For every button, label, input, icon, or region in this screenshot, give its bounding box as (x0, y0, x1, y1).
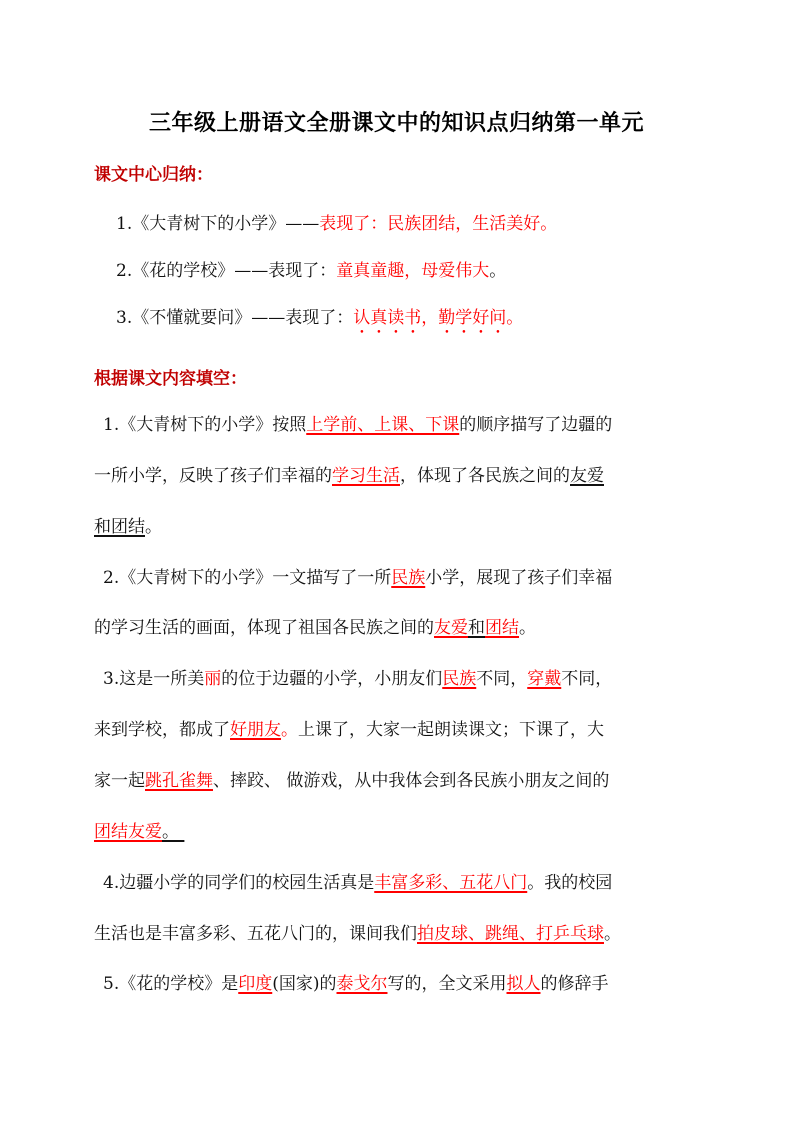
summary-answer-emphasized: 认真读书，勤学好问。 (353, 308, 523, 328)
answer-blank: 民族 (442, 669, 476, 689)
text: 不同， (476, 669, 527, 689)
paragraph-1-line-2: 一所小学，反映了孩子们幸福的学习生活，体现了各民族之间的友爱 (94, 464, 604, 488)
text: 写的，全文采用 (388, 974, 507, 994)
paragraph-3-line-1: 3.这是一所美丽的位于边疆的小学，小朋友们民族不同，穿戴不同， (103, 667, 612, 691)
paragraph-3-line-3: 家一起跳孔雀舞、摔跤、 做游戏，从中我体会到各民族小朋友之间的 (94, 769, 609, 793)
page-title: 三年级上册语文全册课文中的知识点归纳第一单元 (0, 106, 793, 137)
dash: ——表现了： (234, 261, 336, 281)
answer-blank: 团结友爱 (94, 822, 162, 842)
text: 3.这是一所美 (103, 669, 204, 689)
answer-blank: 跳孔雀舞 (145, 771, 213, 791)
text: 的修辞手 (541, 974, 609, 994)
paragraph-3-line-2: 来到学校，都成了好朋友。上课了，大家一起朗读课文；下课了，大 (94, 718, 604, 742)
text: 的学习生活的画面，体现了祖国各民族之间的 (94, 618, 434, 638)
document-page: 三年级上册语文全册课文中的知识点归纳第一单元 课文中心归纳： 1.《大青树下的小… (0, 0, 793, 1122)
answer-blank: 拍皮球、跳绳、打乒乓球 (417, 924, 604, 944)
text: 、摔跤、 做游戏，从中我体会到各民族小朋友之间的 (213, 771, 609, 791)
item-number: 3. (116, 308, 132, 328)
summary-item-1: 1.《大青树下的小学》——表现了：民族团结，生活美好。 (116, 212, 557, 236)
text: 。 (281, 720, 298, 740)
paragraph-1-line-1: 1.《大青树下的小学》按照上学前、上课、下课的顺序描写了边疆的 (103, 413, 612, 437)
summary-item-2: 2.《花的学校》——表现了：童真童趣，母爱伟大。 (116, 259, 506, 283)
text: 来到学校，都成了 (94, 720, 230, 740)
paragraph-2-line-1: 2.《大青树下的小学》一文描写了一所民族小学，展现了孩子们幸福 (103, 566, 612, 590)
text-underlined: 。 (162, 822, 184, 842)
book-title: 《花的学校》 (132, 261, 234, 281)
text: 小学，展现了孩子们幸福 (425, 568, 612, 588)
text: 。 (519, 618, 536, 638)
answer-blank: 丰富多彩、五花八门 (374, 873, 527, 893)
summary-item-3: 3.《不懂就要问》——表现了：认真读书，勤学好问。 (116, 306, 523, 338)
answer-blank: 上学前、上课、下课 (306, 415, 459, 435)
text: ，体现了各民族之间的 (400, 466, 570, 486)
section-heading-fill-blanks: 根据课文内容填空： (94, 364, 247, 389)
answer-blank: 友爱 (434, 618, 468, 638)
text: 。 (145, 517, 162, 537)
answer-blank: 民族 (391, 568, 425, 588)
paragraph-2-line-2: 的学习生活的画面，体现了祖国各民族之间的友爱和团结。 (94, 616, 536, 640)
text: 上课了，大家一起朗读课文；下课了，大 (298, 720, 604, 740)
text: 。 (604, 924, 621, 944)
text: 1.《大青树下的小学》按照 (103, 415, 306, 435)
text: (国家)的 (272, 974, 336, 994)
answer-blank: 拟人 (507, 974, 541, 994)
book-title: 《不懂就要问》 (132, 308, 251, 328)
paragraph-4-line-2: 生活也是丰富多彩、五花八门的，课间我们拍皮球、跳绳、打乒乓球。 (94, 922, 621, 946)
answer-blank-black: 和团结 (94, 517, 145, 537)
answer-blank: 团结 (485, 618, 519, 638)
answer-blank: 好朋友 (230, 720, 281, 740)
paragraph-1-line-3: 和团结。 (94, 515, 162, 539)
paragraph-5-line-1: 5.《花的学校》是印度(国家)的泰戈尔写的，全文采用拟人的修辞手 (103, 972, 609, 996)
answer-blank: 穿戴 (527, 669, 561, 689)
answer-char: 丽 (204, 669, 221, 689)
summary-answer: 表现了：民族团结，生活美好。 (319, 214, 557, 234)
text-underlined: 和 (468, 618, 485, 638)
text: 生活也是丰富多彩、五花八门的，课间我们 (94, 924, 417, 944)
item-number: 2. (116, 261, 132, 281)
text: 不同， (561, 669, 612, 689)
text: 4.边疆小学的同学们的校园生活真是 (103, 873, 374, 893)
period: 。 (489, 261, 506, 281)
text: 5.《花的学校》是 (103, 974, 238, 994)
book-title: 《大青树下的小学》 (132, 214, 285, 234)
paragraph-3-line-4: 团结友爱。 (94, 820, 184, 844)
section-heading-summary: 课文中心归纳： (94, 160, 213, 185)
dash: ——表现了： (251, 308, 353, 328)
answer-blank-black: 友爱 (570, 466, 604, 486)
answer-blank: 学习生活 (332, 466, 400, 486)
text: 家一起 (94, 771, 145, 791)
text: 的顺序描写了边疆的 (459, 415, 612, 435)
paragraph-4-line-1: 4.边疆小学的同学们的校园生活真是丰富多彩、五花八门。我的校园 (103, 871, 612, 895)
dash: —— (285, 214, 319, 234)
summary-answer: 童真童趣，母爱伟大 (336, 261, 489, 281)
text: 。我的校园 (527, 873, 612, 893)
answer-blank: 印度 (238, 974, 272, 994)
text: 一所小学，反映了孩子们幸福的 (94, 466, 332, 486)
text: 2.《大青树下的小学》一文描写了一所 (103, 568, 391, 588)
answer-blank: 泰戈尔 (337, 974, 388, 994)
text: 的位于边疆的小学，小朋友们 (221, 669, 442, 689)
item-number: 1. (116, 214, 132, 234)
